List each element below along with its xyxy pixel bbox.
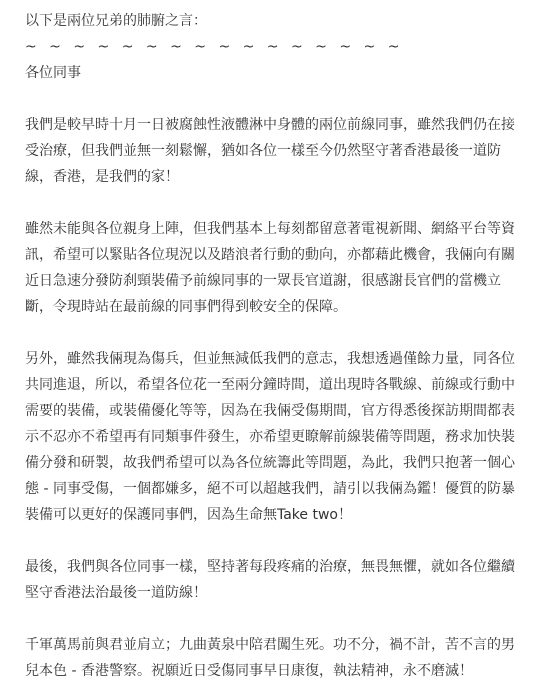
salutation: 各位同事: [25, 60, 520, 86]
spacer: [25, 528, 520, 554]
paragraph-3: 另外，雖然我倆現為傷兵，但並無減低我們的意志，我想透過僅餘力量，同各位共同進退，…: [25, 346, 520, 528]
tilde-divider: ~ ~ ~ ~ ~ ~ ~ ~ ~ ~ ~ ~ ~ ~ ~ ~: [25, 34, 520, 60]
intro-line: 以下是兩位兄弟的肺腑之言：: [25, 8, 520, 34]
paragraph-1: 我們是較早時十月一日被腐蝕性液體淋中身體的兩位前線同事，雖然我們仍在接受治療，但…: [25, 112, 520, 190]
spacer: [25, 86, 520, 112]
paragraph-4: 最後，我們與各位同事一樣，堅持著每段疼痛的治療，無畏無懼，就如各位繼續堅守香港法…: [25, 554, 520, 606]
spacer: [25, 606, 520, 632]
letter-document: 以下是兩位兄弟的肺腑之言： ~ ~ ~ ~ ~ ~ ~ ~ ~ ~ ~ ~ ~ …: [25, 8, 520, 641]
paragraph-2: 雖然未能與各位親身上陣，但我們基本上每刻都留意著電視新聞、網絡平台等資訊，希望可…: [25, 216, 520, 320]
paragraph-5: 千軍萬馬前與君並肩立；九曲黃泉中陪君闖生死。功不分，禍不計，苦不言的男兒本色 -…: [25, 632, 520, 641]
spacer: [25, 320, 520, 346]
spacer: [25, 190, 520, 216]
